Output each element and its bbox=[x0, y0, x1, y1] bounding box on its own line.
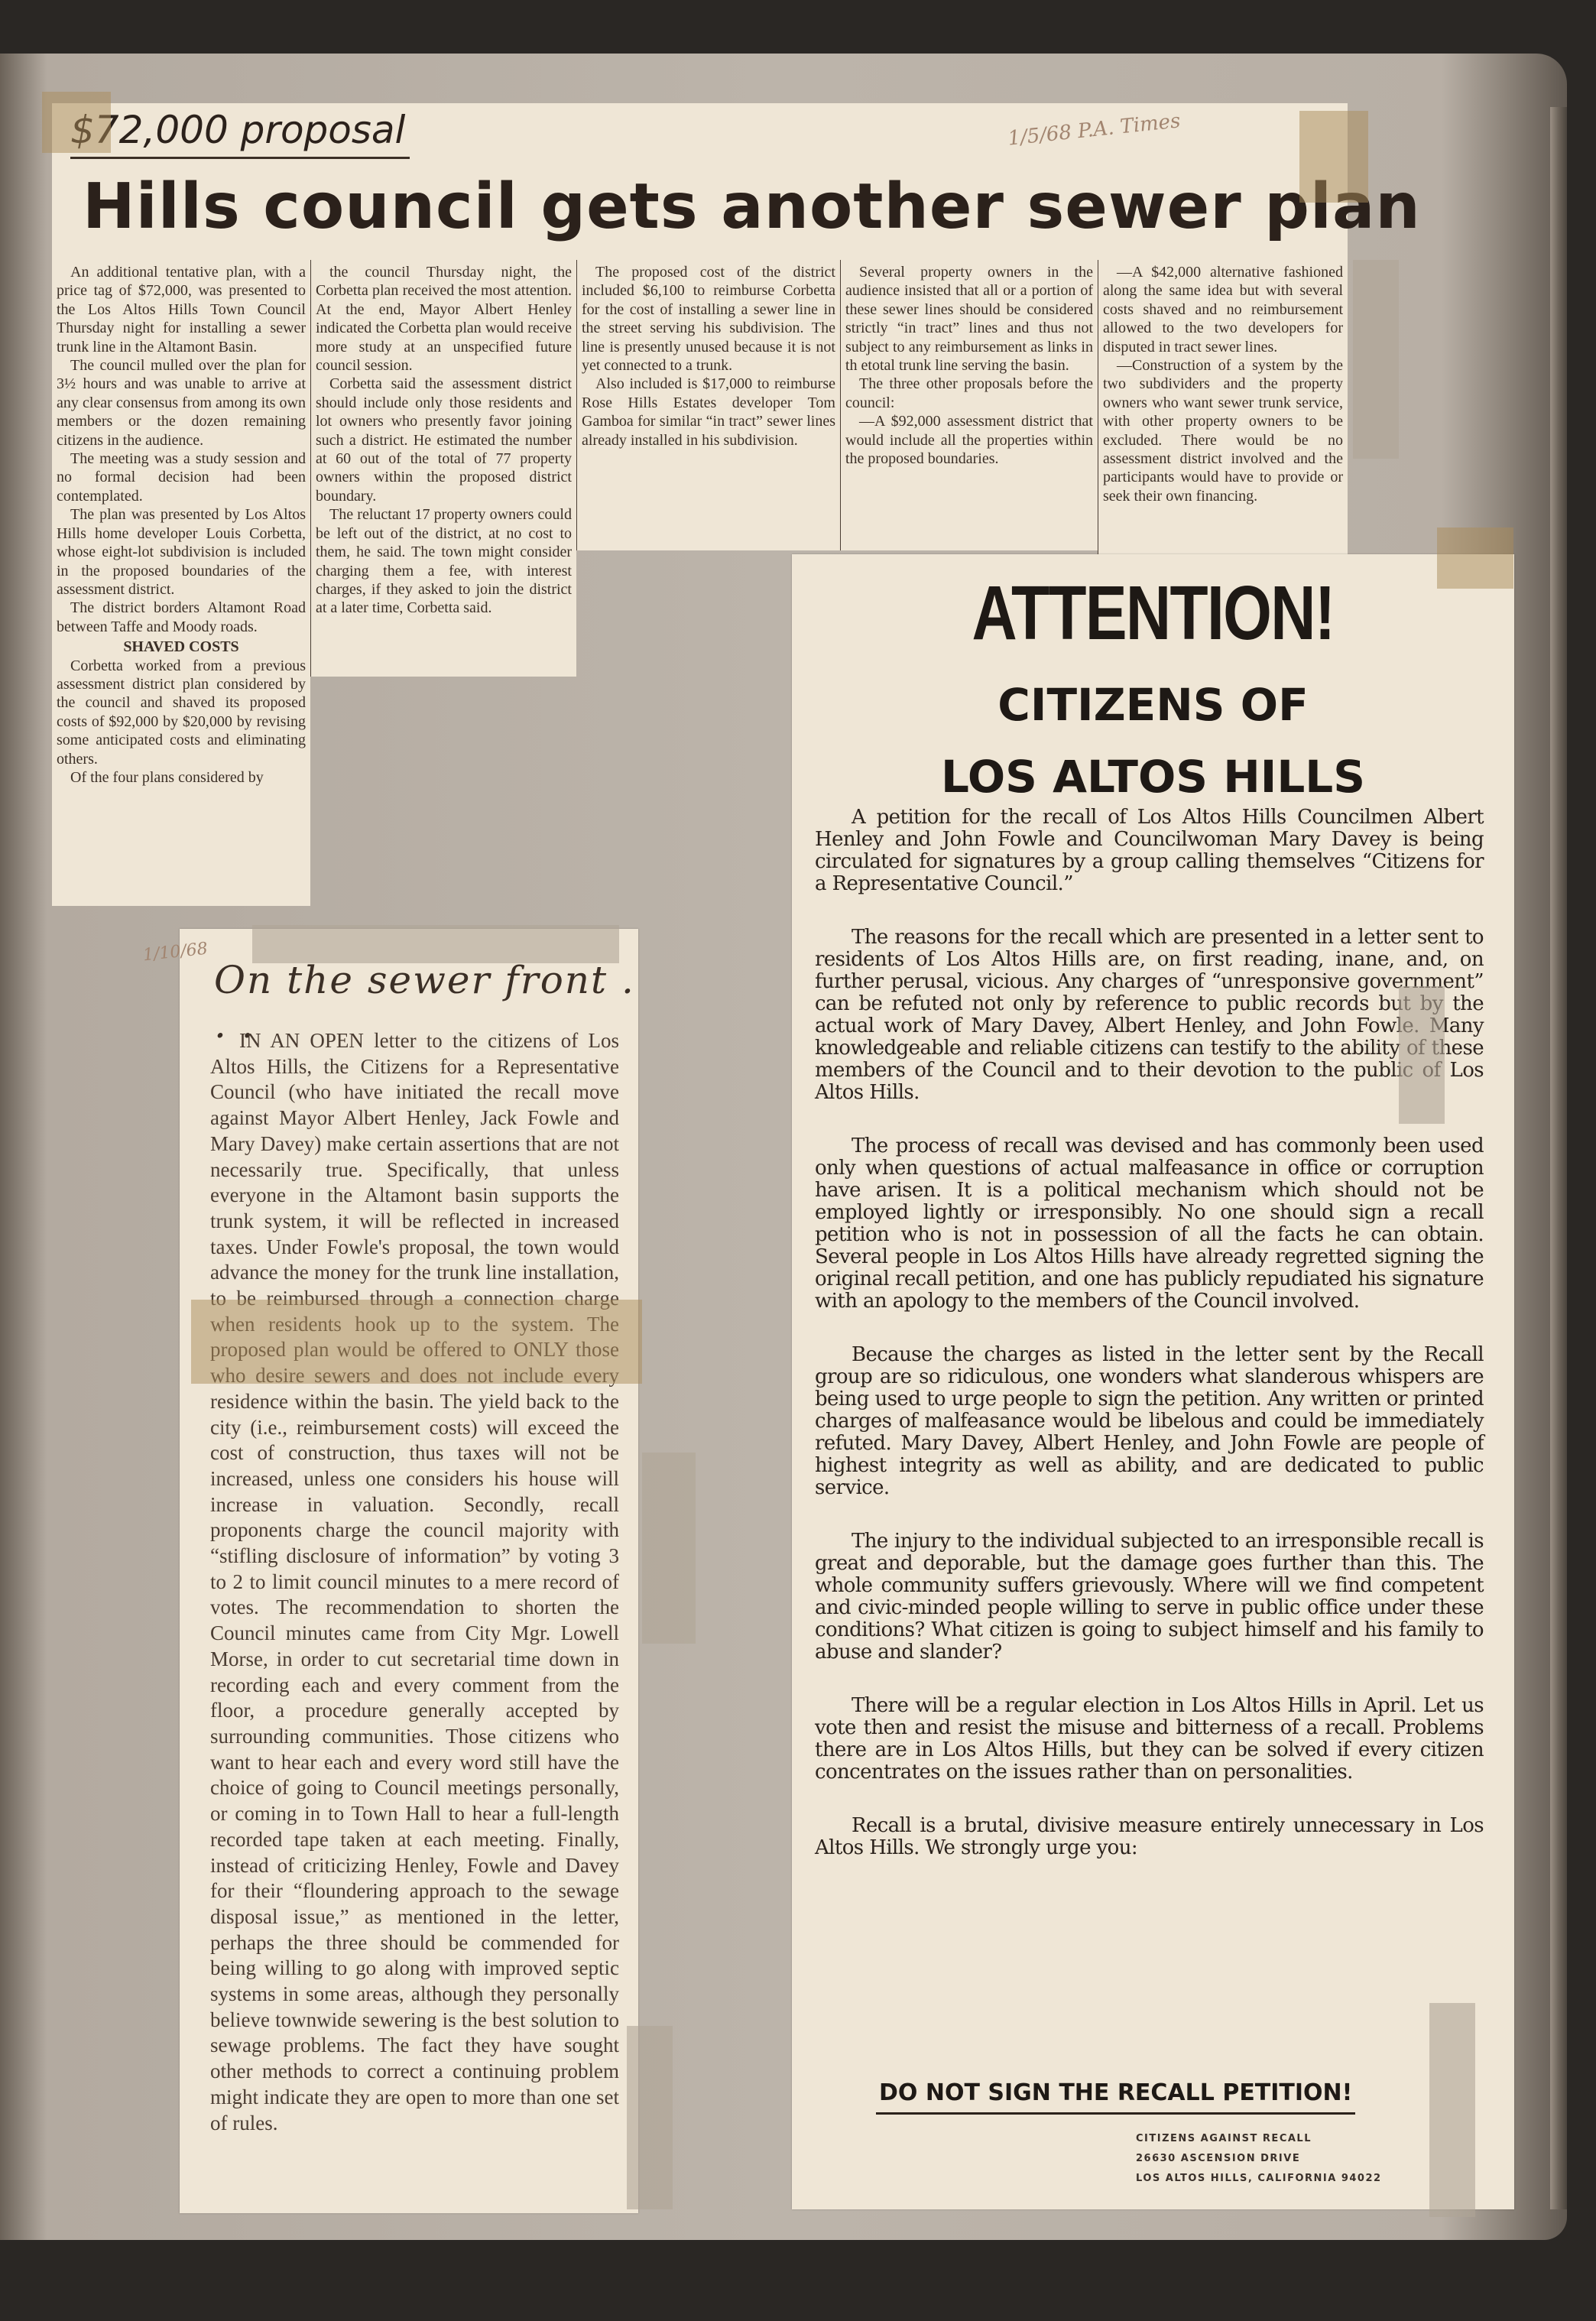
attention-advertisement: ATTENTION! CITIZENS OF LOS ALTOS HILLS A… bbox=[792, 554, 1514, 2209]
paragraph: The reasons for the recall which are pre… bbox=[815, 927, 1484, 1104]
paragraph: The plan was presented by Los Altos Hill… bbox=[57, 505, 306, 599]
article-header: $72,000 proposal Hills council gets anot… bbox=[52, 103, 1348, 260]
article-column-4: Several property owners in the audience … bbox=[840, 260, 1098, 550]
column-1-text: An additional tentative plan, with a pri… bbox=[57, 263, 306, 787]
paragraph: The district borders Altamont Road betwe… bbox=[57, 599, 306, 636]
editorial-on-the-sewer-front: 1/10/68 On the sewer front . . . IN AN O… bbox=[180, 929, 638, 2213]
paragraph: There will be a regular election in Los … bbox=[815, 1695, 1484, 1784]
paragraph: A petition for the recall of Los Altos H… bbox=[815, 807, 1484, 895]
paragraph: The council mulled over the plan for 3½ … bbox=[57, 356, 306, 450]
ad-subhead-line-2: LOS ALTOS HILLS bbox=[792, 741, 1514, 813]
paragraph: Corbetta worked from a previous assessme… bbox=[57, 657, 306, 768]
ad-body: A petition for the recall of Los Altos H… bbox=[815, 807, 1484, 1891]
paragraph: The meeting was a study session and no f… bbox=[57, 450, 306, 505]
paragraph: —A $42,000 alternative fashioned along t… bbox=[1103, 263, 1343, 356]
paragraph: Also included is $17,000 to reimburse Ro… bbox=[582, 375, 835, 450]
paragraph: The process of recall was devised and ha… bbox=[815, 1135, 1484, 1313]
paragraph: Because the charges as listed in the let… bbox=[815, 1344, 1484, 1499]
paragraph: —Construction of a system by the two sub… bbox=[1103, 356, 1343, 505]
article-column-3: The proposed cost of the district includ… bbox=[576, 260, 840, 550]
paragraph: the council Thursday night, the Corbetta… bbox=[316, 263, 572, 375]
paragraph: The three other proposals before the cou… bbox=[845, 375, 1093, 412]
paragraph: —A $92,000 assessment district that woul… bbox=[845, 412, 1093, 468]
article-column-2: the council Thursday night, the Corbetta… bbox=[310, 260, 576, 677]
paragraph: Of the four plans considered by bbox=[57, 768, 306, 787]
paragraph: The proposed cost of the district includ… bbox=[582, 263, 835, 375]
paragraph: The injury to the individual subjected t… bbox=[815, 1531, 1484, 1664]
signature-city: LOS ALTOS HILLS, CALIFORNIA 94022 bbox=[1136, 2169, 1382, 2189]
article-column-1: An additional tentative plan, with a pri… bbox=[52, 260, 310, 906]
paragraph: IN AN OPEN letter to the citizens of Los… bbox=[210, 1028, 619, 2136]
article-column-5: —A $42,000 alternative fashioned along t… bbox=[1098, 260, 1348, 558]
paragraph: Recall is a brutal, divisive measure ent… bbox=[815, 1815, 1484, 1859]
editorial-body: IN AN OPEN letter to the citizens of Los… bbox=[210, 1028, 619, 2136]
paragraph: Corbetta said the assessment district sh… bbox=[316, 375, 572, 505]
signature-organization: CITIZENS AGAINST RECALL bbox=[1136, 2129, 1382, 2149]
ad-subhead: CITIZENS OF LOS ALTOS HILLS bbox=[792, 669, 1514, 813]
ad-subhead-line-1: CITIZENS OF bbox=[792, 669, 1514, 741]
paragraph: The reluctant 17 property owners could b… bbox=[316, 505, 572, 617]
article-headline: Hills council gets another sewer plan bbox=[83, 170, 1421, 243]
ad-headline: ATTENTION! bbox=[857, 570, 1449, 657]
signature-address: 26630 ASCENSION DRIVE bbox=[1136, 2149, 1382, 2169]
handwritten-date-note: 1/5/68 P.A. Times bbox=[1007, 109, 1182, 151]
article-kicker: $72,000 proposal bbox=[70, 108, 410, 159]
ad-signature: CITIZENS AGAINST RECALL 26630 ASCENSION … bbox=[1136, 2129, 1382, 2189]
subhead: SHAVED COSTS bbox=[57, 638, 306, 656]
call-to-action: DO NOT SIGN THE RECALL PETITION! bbox=[876, 2079, 1355, 2115]
page-edge bbox=[1550, 107, 1567, 2209]
paragraph: An additional tentative plan, with a pri… bbox=[57, 263, 306, 356]
paragraph: Several property owners in the audience … bbox=[845, 263, 1093, 375]
